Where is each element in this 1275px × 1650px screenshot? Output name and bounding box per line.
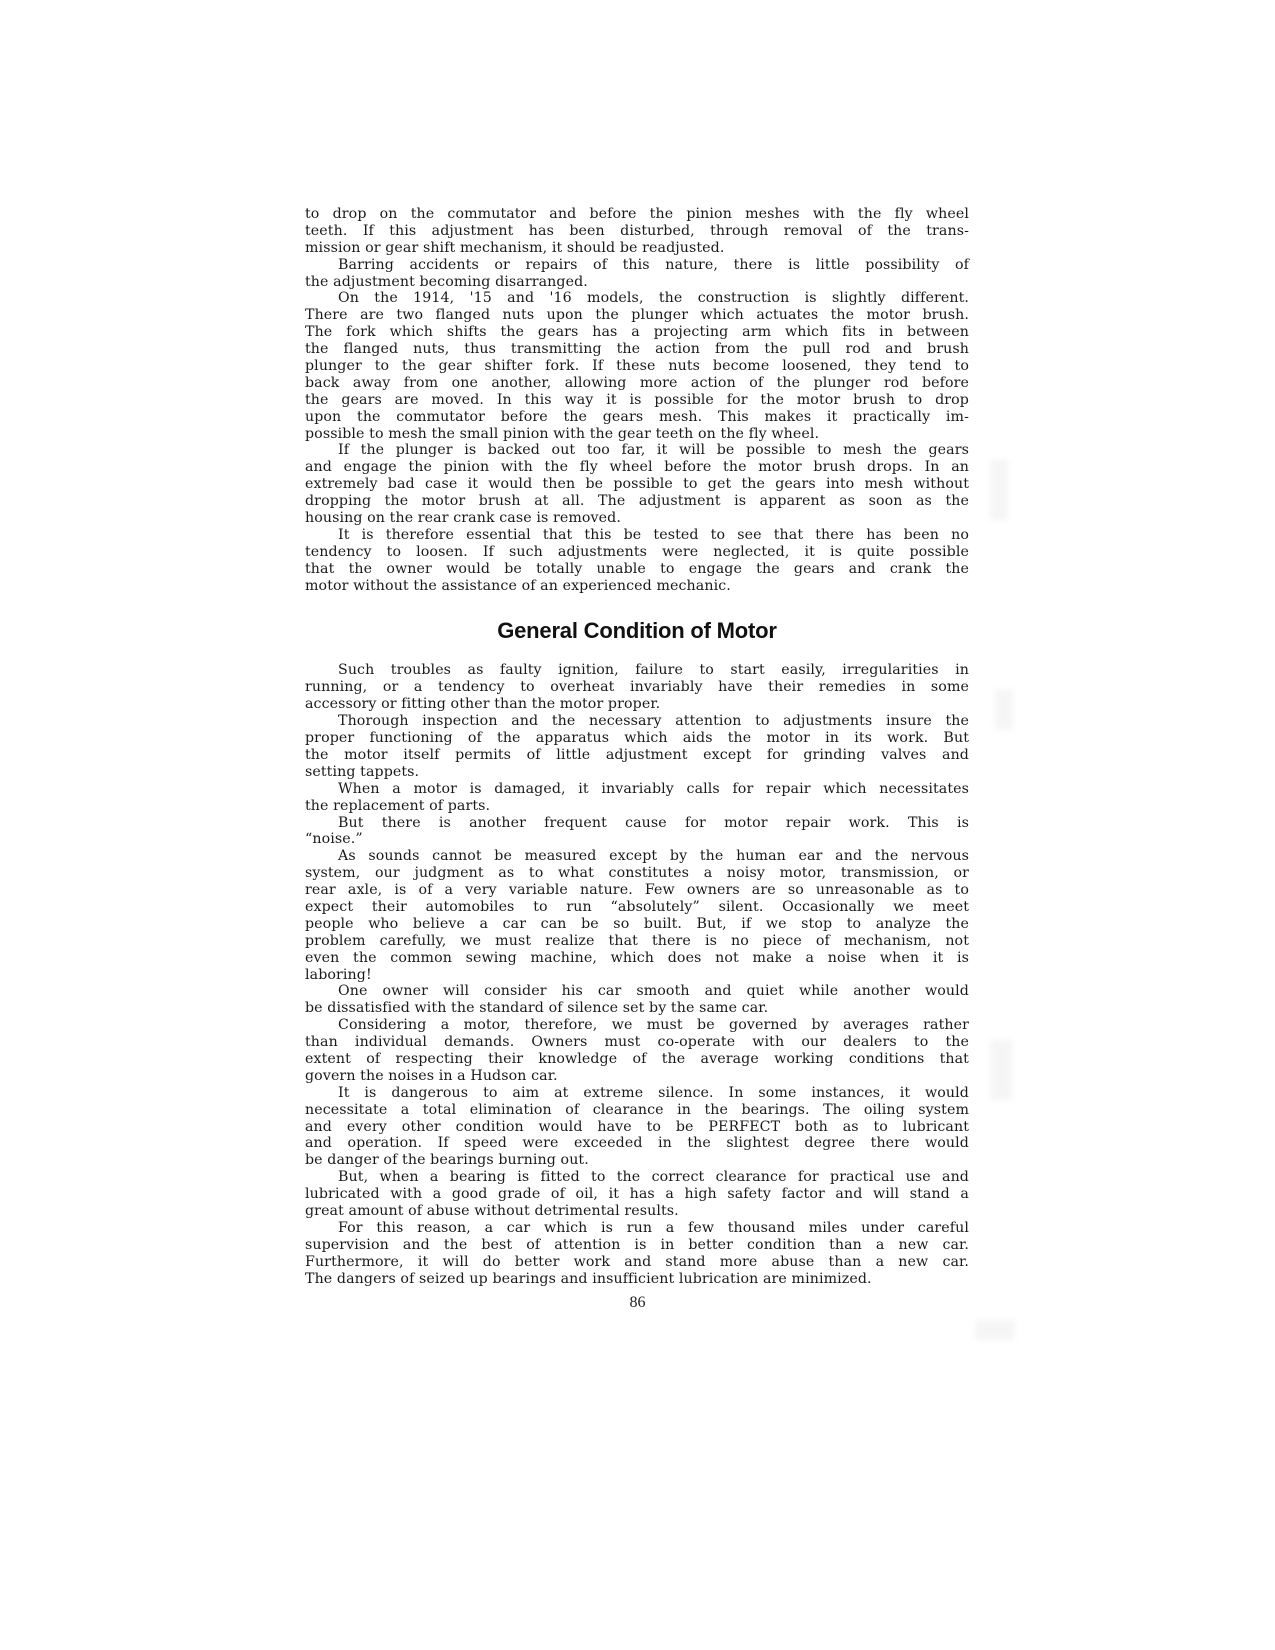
text-line: great amount of abuse without detrimenta…: [305, 1203, 969, 1220]
paragraph: For this reason, a car which is run a fe…: [305, 1220, 969, 1288]
text-line: Barring accidents or repairs of this nat…: [305, 257, 969, 274]
paragraph: One owner will consider his car smooth a…: [305, 983, 969, 1017]
text-line: Furthermore, it will do better work and …: [305, 1254, 969, 1271]
text-line: As sounds cannot be measured except by t…: [305, 848, 969, 865]
text-line: accessory or fitting other than the moto…: [305, 696, 969, 713]
text-line: supervision and the best of attention is…: [305, 1237, 969, 1254]
text-line: mission or gear shift mechanism, it shou…: [305, 240, 969, 257]
paragraph: As sounds cannot be measured except by t…: [305, 848, 969, 983]
section-heading: General Condition of Motor: [305, 616, 969, 646]
text-line: motor without the assistance of an exper…: [305, 578, 969, 595]
paragraph: When a motor is damaged, it invariably c…: [305, 781, 969, 815]
text-line: possible to mesh the small pinion with t…: [305, 426, 969, 443]
text-line: dropping the motor brush at all. The adj…: [305, 493, 969, 510]
text-line: lubricated with a good grade of oil, it …: [305, 1186, 969, 1203]
paragraph: But there is another frequent cause for …: [305, 815, 969, 849]
page-number: 86: [0, 1294, 1275, 1312]
text-line: But, when a bearing is fitted to the cor…: [305, 1169, 969, 1186]
text-line: housing on the rear crank case is remove…: [305, 510, 969, 527]
text-line: Thorough inspection and the necessary at…: [305, 713, 969, 730]
text-line: “noise.”: [305, 831, 969, 848]
paragraph: But, when a bearing is fitted to the cor…: [305, 1169, 969, 1220]
document-page: to drop on the commutator and before the…: [0, 0, 1275, 1650]
paragraph: If the plunger is backed out too far, it…: [305, 442, 969, 526]
text-line: the gears are moved. In this way it is p…: [305, 392, 969, 409]
text-line: the replacement of parts.: [305, 798, 969, 815]
paragraph: It is therefore essential that this be t…: [305, 527, 969, 595]
text-line: extremely bad case it would then be poss…: [305, 476, 969, 493]
paragraph: It is dangerous to aim at extreme silenc…: [305, 1085, 969, 1169]
paragraph: Such troubles as faulty ignition, failur…: [305, 662, 969, 713]
text-line: system, our judgment as to what constitu…: [305, 865, 969, 882]
text-line: running, or a tendency to overheat invar…: [305, 679, 969, 696]
text-line: setting tappets.: [305, 764, 969, 781]
text-line: When a motor is damaged, it invariably c…: [305, 781, 969, 798]
text-line: teeth. If this adjustment has been distu…: [305, 223, 969, 240]
text-line: On the 1914, '15 and '16 models, the con…: [305, 290, 969, 307]
text-line: the flanged nuts, thus transmitting the …: [305, 341, 969, 358]
text-line: rear axle, is of a very variable nature.…: [305, 882, 969, 899]
text-line: even the common sewing machine, which do…: [305, 950, 969, 967]
text-line: people who believe a car can be so built…: [305, 916, 969, 933]
section-general-condition: Such troubles as faulty ignition, failur…: [305, 662, 969, 1287]
text-line: upon the commutator before the gears mes…: [305, 409, 969, 426]
text-line: govern the noises in a Hudson car.: [305, 1068, 969, 1085]
text-line: tendency to loosen. If such adjustments …: [305, 544, 969, 561]
text-line: laboring!: [305, 967, 969, 984]
scan-smudge: [975, 1320, 1015, 1340]
text-line: There are two flanged nuts upon the plun…: [305, 307, 969, 324]
scan-smudge: [995, 690, 1013, 730]
text-line: One owner will consider his car smooth a…: [305, 983, 969, 1000]
text-line: problem carefully, we must realize that …: [305, 933, 969, 950]
scan-smudge: [990, 1040, 1012, 1100]
paragraph: Barring accidents or repairs of this nat…: [305, 257, 969, 291]
text-line: The dangers of seized up bearings and in…: [305, 1271, 969, 1288]
text-line: For this reason, a car which is run a fe…: [305, 1220, 969, 1237]
text-line: Such troubles as faulty ignition, failur…: [305, 662, 969, 679]
text-line: Considering a motor, therefore, we must …: [305, 1017, 969, 1034]
text-line: that the owner would be totally unable t…: [305, 561, 969, 578]
paragraph: to drop on the commutator and before the…: [305, 206, 969, 257]
text-line: The fork which shifts the gears has a pr…: [305, 324, 969, 341]
text-line: the adjustment becoming disarranged.: [305, 274, 969, 291]
text-line: be dissatisfied with the standard of sil…: [305, 1000, 969, 1017]
text-line: But there is another frequent cause for …: [305, 815, 969, 832]
text-line: and operation. If speed were exceeded in…: [305, 1135, 969, 1152]
section-continued: to drop on the commutator and before the…: [305, 206, 969, 594]
text-column: to drop on the commutator and before the…: [305, 206, 969, 1287]
text-line: the motor itself permits of little adjus…: [305, 747, 969, 764]
text-line: It is dangerous to aim at extreme silenc…: [305, 1085, 969, 1102]
text-line: proper functioning of the apparatus whic…: [305, 730, 969, 747]
paragraph: Considering a motor, therefore, we must …: [305, 1017, 969, 1085]
text-line: expect their automobiles to run “absolut…: [305, 899, 969, 916]
text-line: than individual demands. Owners must co-…: [305, 1034, 969, 1051]
paragraph: Thorough inspection and the necessary at…: [305, 713, 969, 781]
text-line: to drop on the commutator and before the…: [305, 206, 969, 223]
scan-smudge: [990, 460, 1008, 520]
text-line: plunger to the gear shifter fork. If the…: [305, 358, 969, 375]
text-line: necessitate a total elimination of clear…: [305, 1102, 969, 1119]
text-line: It is therefore essential that this be t…: [305, 527, 969, 544]
paragraph: On the 1914, '15 and '16 models, the con…: [305, 290, 969, 442]
text-line: If the plunger is backed out too far, it…: [305, 442, 969, 459]
text-line: back away from one another, allowing mor…: [305, 375, 969, 392]
text-line: extent of respecting their knowledge of …: [305, 1051, 969, 1068]
text-line: be danger of the bearings burning out.: [305, 1152, 969, 1169]
text-line: and every other condition would have to …: [305, 1119, 969, 1136]
text-line: and engage the pinion with the fly wheel…: [305, 459, 969, 476]
